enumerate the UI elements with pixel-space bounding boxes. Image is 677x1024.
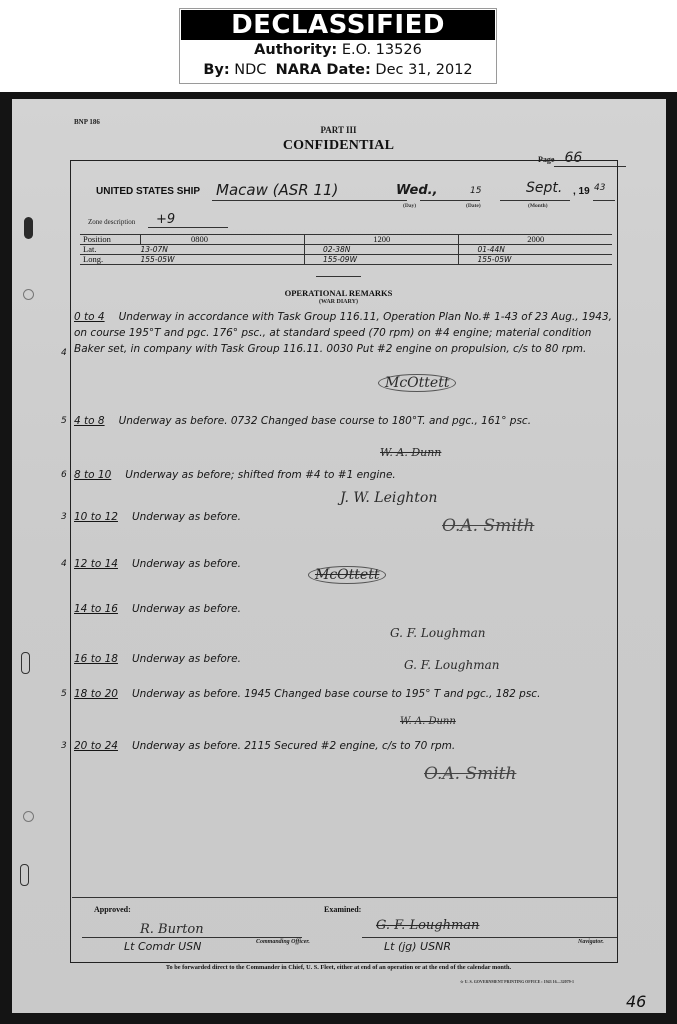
by-value: NDC [234, 62, 266, 78]
entry-text: Underway as before; shifted from #4 to #… [125, 469, 395, 481]
entry-text: Underway as before. [132, 603, 241, 615]
log-entry: 6 8 to 10Underway as before; shifted fro… [74, 467, 614, 483]
approved-signature: R. Burton [140, 922, 204, 937]
entry-signature: W. A. Dunn [400, 716, 456, 727]
position-header-row: Position 0800 1200 2000 [80, 235, 612, 245]
stamp-title: DECLASSIFIED [181, 10, 495, 40]
punch-hole [23, 811, 34, 822]
entry-text: Underway as before. [132, 558, 241, 570]
ship-label: UNITED STATES SHIP [96, 186, 200, 197]
day-caption: (Day) [403, 203, 416, 209]
entry-watch: 4 to 8 [74, 415, 105, 427]
entry-signature: McOttett [308, 566, 386, 584]
entry-margin-number: 5 [61, 686, 67, 702]
log-entry: 5 18 to 20Underway as before. 1945 Chang… [74, 686, 614, 702]
by-label: By: [203, 62, 229, 78]
entry-signature: O.A. Smith [442, 516, 534, 536]
entry-signature: W. A. Dunn [380, 446, 441, 459]
ship-name: Macaw (ASR 11) [216, 181, 338, 199]
header-1200: 1200 [305, 235, 459, 245]
year-prefix: , 19 [573, 186, 590, 197]
lat-label: Lat. [80, 245, 141, 255]
part-heading: PART III [0, 125, 677, 135]
date-value: 15 [470, 186, 481, 196]
long-1200: 155-09W [305, 255, 459, 265]
entry-text: Underway in accordance with Task Group 1… [74, 311, 612, 355]
entry-signature: J. W. Leighton [340, 490, 437, 506]
lat-0800: 13-07N [141, 245, 305, 255]
entry-watch: 0 to 4 [74, 311, 105, 323]
entry-margin-number: 4 [61, 345, 67, 361]
entry-margin-number: 5 [61, 413, 67, 429]
log-entry: 4 0 to 4Underway in accordance with Task… [74, 309, 614, 357]
entry-margin-number: 4 [61, 556, 67, 572]
examined-label: Examined: [324, 905, 361, 914]
navigator-label: Navigator. [578, 939, 604, 945]
remarks-subtitle: (WAR DIARY) [0, 299, 677, 305]
lat-1200: 02-38N [305, 245, 459, 255]
declassified-stamp: DECLASSIFIED Authority: E.O. 13526 By: N… [179, 8, 497, 84]
day-value: Wed., [396, 183, 438, 198]
entry-watch: 8 to 10 [74, 469, 111, 481]
entry-watch: 16 to 18 [74, 653, 118, 665]
log-entry: 16 to 18Underway as before. [74, 651, 614, 667]
entry-signature: McOttett [378, 374, 456, 392]
entry-text: Underway as before. 0732 Changed base co… [119, 415, 531, 427]
approved-rank: Lt Comdr USN [124, 940, 201, 953]
examined-signature: G. F. Loughman [376, 918, 479, 933]
entry-margin-number: 6 [61, 467, 67, 483]
month-caption: (Month) [528, 203, 548, 209]
entry-signature: G. F. Loughman [404, 658, 499, 672]
nara-date-label: NARA Date: [276, 62, 371, 78]
entry-text: Underway as before. 2115 Secured #2 engi… [132, 740, 455, 752]
entry-watch: 18 to 20 [74, 688, 118, 700]
binding-mark [24, 217, 33, 239]
binding-clip [20, 864, 29, 886]
year-suffix: 43 [594, 183, 605, 193]
header-0800: 0800 [141, 235, 305, 245]
lat-2000: 01-44N [459, 245, 612, 255]
log-entry: 3 20 to 24Underway as before. 2115 Secur… [74, 738, 614, 754]
stamp-by-line: By: NDC NARA Date: Dec 31, 2012 [180, 60, 496, 80]
nara-date-value: Dec 31, 2012 [375, 62, 472, 78]
month-value: Sept. [526, 180, 562, 196]
entry-margin-number: 3 [61, 509, 67, 525]
log-entry: 14 to 16Underway as before. [74, 601, 614, 617]
remarks-title: OPERATIONAL REMARKS [0, 288, 677, 298]
zone-value: +9 [156, 212, 175, 227]
header-2000: 2000 [459, 235, 612, 245]
entry-text: Underway as before. [132, 653, 241, 665]
position-table: Position 0800 1200 2000 Lat. 13-07N 02-3… [80, 234, 612, 265]
authority-label: Authority: [254, 42, 337, 58]
lat-row: Lat. 13-07N 02-38N 01-44N [80, 245, 612, 255]
entry-watch: 12 to 14 [74, 558, 118, 570]
entry-signature: O.A. Smith [424, 764, 516, 784]
date-caption: (Date) [466, 203, 481, 209]
forwarding-note: To be forwarded direct to the Commander … [0, 964, 677, 971]
commanding-officer-label: Commanding Officer. [256, 939, 310, 945]
authority-value: E.O. 13526 [342, 42, 422, 58]
zone-label: Zone description [88, 218, 135, 226]
entry-margin-number: 3 [61, 738, 67, 754]
entry-text: Underway as before. [132, 511, 241, 523]
approved-label: Approved: [94, 905, 131, 914]
long-row: Long. 155-05W 155-09W 155-05W [80, 255, 612, 265]
entry-signature: G. F. Loughman [390, 626, 485, 640]
long-2000: 155-05W [459, 255, 612, 265]
binding-clip [21, 652, 30, 674]
archive-page-number: 46 [626, 992, 646, 1011]
long-0800: 155-05W [141, 255, 305, 265]
examined-rank: Lt (jg) USNR [384, 940, 451, 953]
entry-text: Underway as before. 1945 Changed base co… [132, 688, 540, 700]
stamp-authority: Authority: E.O. 13526 [180, 40, 496, 60]
position-header: Position [80, 235, 141, 245]
entry-watch: 14 to 16 [74, 603, 118, 615]
printer-imprint: ☆ U. S. GOVERNMENT PRINTING OFFICE : 194… [460, 979, 574, 984]
entry-watch: 20 to 24 [74, 740, 118, 752]
entry-watch: 10 to 12 [74, 511, 118, 523]
log-entry: 5 4 to 8Underway as before. 0732 Changed… [74, 413, 614, 429]
long-label: Long. [80, 255, 141, 265]
